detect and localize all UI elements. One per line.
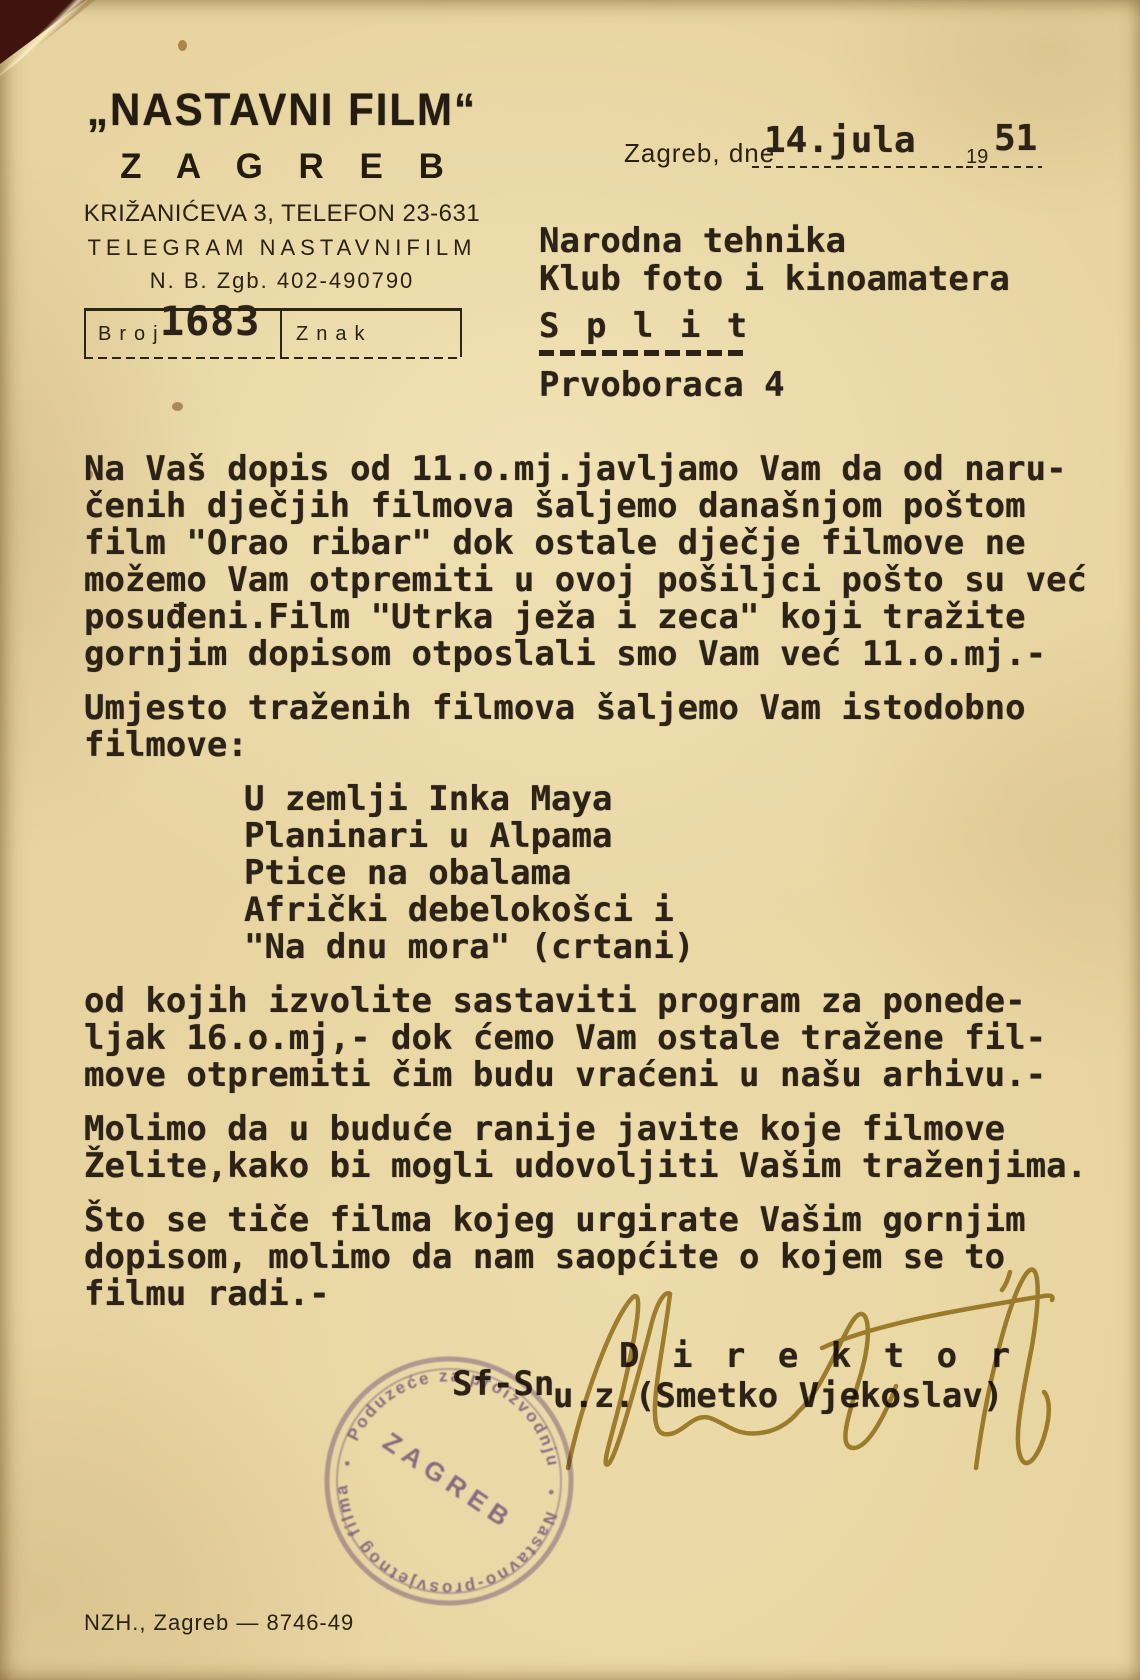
broj-label: Broj xyxy=(98,323,166,346)
signature-stroke xyxy=(976,1270,1049,1468)
stamp-separator: • xyxy=(343,1455,351,1473)
body-line: Želite,kako bi mogli udovoljiti Vašim tr… xyxy=(84,1148,1114,1185)
dateline-date: 14.jula xyxy=(764,120,916,161)
znak-label: Znak xyxy=(296,323,372,346)
signature-stroke xyxy=(798,1314,896,1448)
signature-stroke xyxy=(655,1294,798,1434)
body-line: move otpremiti čim budu vraćeni u našu a… xyxy=(84,1057,1114,1094)
body-line: Molimo da u buduće ranije javite koje fi… xyxy=(84,1111,1114,1148)
dateline-rule xyxy=(966,166,1042,168)
body-line: filmove: xyxy=(84,727,1114,764)
letter-body: Na Vaš dopis od 11.o.mj.javljamo Vam da … xyxy=(84,434,1114,1330)
signature-stroke xyxy=(822,1296,1053,1348)
company-address: KRIŽANIĆEVA 3, TELEFON 23-631 xyxy=(56,200,508,228)
body-line: od kojih izvolite sastaviti program za p… xyxy=(84,983,1114,1020)
broj-value: 1683 xyxy=(160,299,260,345)
signature-stroke xyxy=(1002,1272,1010,1290)
box-rule xyxy=(460,311,462,357)
body-line: čenih dječjih filmova šaljemo današnjom … xyxy=(84,488,1114,525)
body-line: Što se tiče filma kojeg urgirate Vašim g… xyxy=(84,1202,1114,1239)
body-line: posuđeni.Film "Utrka ježa i zeca" koji t… xyxy=(84,599,1114,636)
reference-box: Broj 1683 Znak xyxy=(84,308,462,357)
film-title: Planinari u Alpama xyxy=(244,818,1114,855)
film-title: Ptice na obalama xyxy=(244,855,1114,892)
letterhead: „NASTAVNI FILM“ Z A G R E B KRIŽANIĆEVA … xyxy=(56,86,508,294)
recipient-org: Narodna tehnika xyxy=(539,222,1010,260)
handwritten-signature xyxy=(540,1250,1060,1490)
body-line: ljak 16.o.mj,- dok ćemo Vam ostale traže… xyxy=(84,1020,1114,1057)
body-line: gornjim dopisom otposlali smo Vam već 11… xyxy=(84,636,1114,673)
body-line: Na Vaš dopis od 11.o.mj.javljamo Vam da … xyxy=(84,451,1114,488)
paper-stain xyxy=(178,40,187,51)
film-title: U zemlji Inka Maya xyxy=(244,781,1114,818)
paper-stain xyxy=(172,402,183,411)
recipient-dept: Klub foto i kinoamatera xyxy=(539,260,1010,298)
letter-paper: „NASTAVNI FILM“ Z A G R E B KRIŽANIĆEVA … xyxy=(0,0,1140,1680)
dateline-rule xyxy=(752,166,964,168)
box-rule xyxy=(280,311,282,357)
film-title: Afrički debelokošci i xyxy=(244,892,1114,929)
body-line: Umjesto traženih filmova šaljemo Vam ist… xyxy=(84,690,1114,727)
city-underline xyxy=(539,350,747,356)
folded-corner xyxy=(0,0,96,76)
recipient-block: Narodna tehnika Klub foto i kinoamatera … xyxy=(539,222,1010,404)
signature-stroke xyxy=(568,1293,670,1468)
film-title: "Na dnu mora" (crtani) xyxy=(244,929,1114,966)
printer-imprint: NZH., Zagreb — 8746-49 xyxy=(84,1610,354,1636)
box-rule xyxy=(84,311,86,357)
company-city: Z A G R E B xyxy=(56,147,508,187)
company-bank-account: N. B. Zgb. 402-490790 xyxy=(56,268,508,294)
recipient-city: S p l i t xyxy=(539,307,1010,345)
recipient-street: Prvoboraca 4 xyxy=(539,366,1010,404)
company-name: „NASTAVNI FILM“ xyxy=(56,84,508,136)
dateline-year: 51 xyxy=(994,118,1037,159)
body-line: film "Orao ribar" dok ostale dječje film… xyxy=(84,525,1114,562)
stamp-bottom-text: Nastavno-prosvjetnog filma xyxy=(318,1480,561,1614)
dateline-place: Zagreb, dne xyxy=(624,138,775,169)
stamp-center-text: ZAGREB xyxy=(378,1426,521,1536)
box-rule xyxy=(84,357,462,359)
film-list: U zemlji Inka Maya Planinari u Alpama Pt… xyxy=(84,781,1114,966)
company-telegram: TELEGRAM NASTAVNIFILM xyxy=(56,235,508,261)
body-line: možemo Vam otpremiti u ovoj pošiljci poš… xyxy=(84,562,1114,599)
